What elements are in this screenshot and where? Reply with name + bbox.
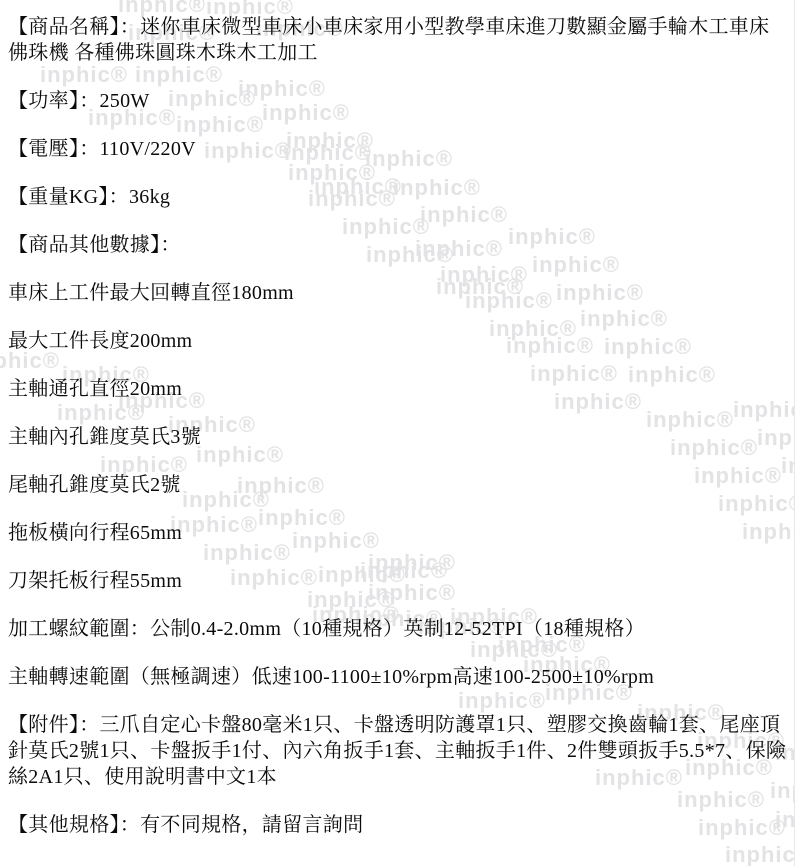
spec-row-max-swing: 車床上工件最大回轉直徑180mm <box>8 280 784 306</box>
spec-row-spindle-taper: 主軸內孔錐度莫氏3號 <box>8 424 784 450</box>
spec-line: 拖板橫向行程65mm <box>8 520 784 546</box>
spec-row-max-length: 最大工件長度200mm <box>8 328 784 354</box>
spec-row-tailstock-taper: 尾軸孔錐度莫氏2號 <box>8 472 784 498</box>
spec-line: 主軸轉速範圍（無極調速）低速100-1100±10%rpm高速100-2500±… <box>8 664 784 690</box>
spec-line: 【附件】：三爪自定心卡盤80毫米1只、卡盤透明防護罩1只、塑膠交換齒輪1套、尾座… <box>8 712 784 738</box>
spec-row-weight: 【重量KG】：36kg <box>8 184 784 210</box>
spec-line: 加工螺紋範圍：公制0.4-2.0mm（10種規格）英制12-52TPI（18種規… <box>8 616 784 642</box>
spec-line: 【功率】：250W <box>8 88 784 114</box>
spec-row-toolrest-travel: 刀架托板行程55mm <box>8 568 784 594</box>
spec-line: 佛珠機 各種佛珠圓珠木珠木工加工 <box>8 40 784 66</box>
spec-line: 【電壓】：110V/220V <box>8 136 784 162</box>
spec-row-spindle-bore: 主軸通孔直徑20mm <box>8 376 784 402</box>
spec-row-other-specs: 【其他規格】：有不同規格，請留言詢問 <box>8 812 784 838</box>
product-description-page: inphic®inphic®inphic®inphic®inphic®inphi… <box>0 0 795 866</box>
spec-line: 【商品名稱】：迷你車床微型車床小車床家用小型教學車床進刀數顯金屬手輪木工車床 <box>8 14 784 40</box>
product-spec-content: 【商品名稱】：迷你車床微型車床小車床家用小型教學車床進刀數顯金屬手輪木工車床 佛… <box>0 0 794 838</box>
spec-row-other-data-header: 【商品其他數據】： <box>8 232 784 258</box>
spec-line: 【商品其他數據】： <box>8 232 784 258</box>
spec-row-voltage: 【電壓】：110V/220V <box>8 136 784 162</box>
spec-line: 主軸內孔錐度莫氏3號 <box>8 424 784 450</box>
spec-line: 【其他規格】：有不同規格，請留言詢問 <box>8 812 784 838</box>
spec-line: 車床上工件最大回轉直徑180mm <box>8 280 784 306</box>
spec-line: 刀架托板行程55mm <box>8 568 784 594</box>
spec-line: 絲2A1只、使用說明書中文1本 <box>8 764 784 790</box>
spec-row-product-name: 【商品名稱】：迷你車床微型車床小車床家用小型教學車床進刀數顯金屬手輪木工車床 佛… <box>8 14 784 66</box>
spec-row-power: 【功率】：250W <box>8 88 784 114</box>
spec-line: 最大工件長度200mm <box>8 328 784 354</box>
spec-line: 【重量KG】：36kg <box>8 184 784 210</box>
spec-line: 尾軸孔錐度莫氏2號 <box>8 472 784 498</box>
spec-line: 主軸通孔直徑20mm <box>8 376 784 402</box>
spec-row-cross-travel: 拖板橫向行程65mm <box>8 520 784 546</box>
spec-row-accessories: 【附件】：三爪自定心卡盤80毫米1只、卡盤透明防護罩1只、塑膠交換齒輪1套、尾座… <box>8 712 784 790</box>
spec-row-speed-range: 主軸轉速範圍（無極調速）低速100-1100±10%rpm高速100-2500±… <box>8 664 784 690</box>
spec-row-thread-range: 加工螺紋範圍：公制0.4-2.0mm（10種規格）英制12-52TPI（18種規… <box>8 616 784 642</box>
watermark-text: inphic® <box>725 842 794 866</box>
spec-line: 針莫氏2號1只、卡盤扳手1付、內六角扳手1套、主軸扳手1件、2件雙頭扳手5.5*… <box>8 738 784 764</box>
